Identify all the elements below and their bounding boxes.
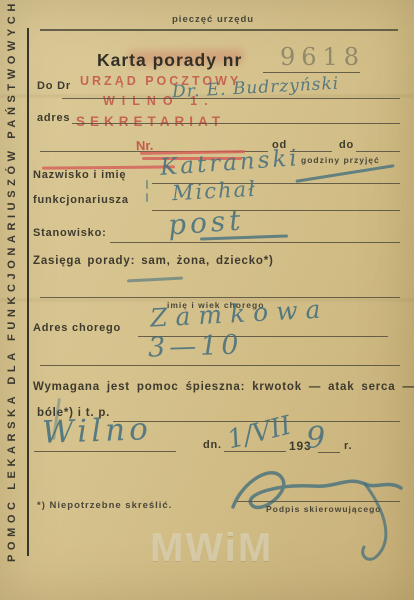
red-stamp-line-3: SEKRETARIAT [76, 114, 225, 129]
signature-rule [237, 501, 400, 502]
hw-year-digit: 9 [306, 421, 325, 456]
signature-caption: Podpis skierowującego [266, 504, 381, 514]
pen-strikethrough [295, 164, 394, 182]
brace-tick [146, 180, 148, 189]
hw-first-name: Michał [171, 177, 257, 205]
address-label: adres [37, 112, 70, 124]
address-rule [72, 123, 400, 124]
document-title: Karta porady nr [97, 50, 242, 71]
year-suffix: r. [344, 440, 352, 452]
date-prefix: dn. [203, 439, 222, 451]
brace-tick [146, 193, 148, 202]
urgency-line-1: Wymagana jest pomoc śpieszna: krwotok — … [33, 381, 414, 393]
card-number-stamp: 9618 [280, 43, 365, 71]
hw-patient-address-number: 3—10 [147, 329, 243, 363]
patient-address-label: Adres chorego [33, 322, 121, 334]
name-label-line2: funkcjonariusza [33, 194, 129, 206]
hours-to-rule [356, 151, 400, 152]
patient-top-rule [40, 297, 400, 298]
footnote: *) Niepotrzebne skreślić. [37, 500, 172, 511]
name-label-line1: Nazwisko i imię [33, 169, 126, 181]
number-underline-rule [263, 72, 360, 73]
hw-city: Wilno [41, 411, 152, 451]
patient-bottom-rule [40, 365, 400, 366]
scope-line: Zasięga porady: sam, żona, dziecko*) [33, 255, 274, 267]
side-caption-vertical: POMOC LEKARSKA DLA FUNKCJONARIUSZÓW PAŃS… [6, 17, 18, 562]
museum-watermark: MWiM [150, 526, 273, 571]
vertical-divider-rule [27, 28, 29, 556]
karta-porady-document: POMOC LEKARSKA DLA FUNKCJONARIUSZÓW PAŃS… [0, 0, 414, 600]
hours-note: godziny przyjęć [301, 155, 380, 165]
hw-day-month: 1/VII [224, 411, 294, 456]
hours-to-label: do [339, 139, 354, 151]
city-rule [34, 451, 176, 452]
stamp-area-label: pieczęć urzędu [172, 14, 254, 25]
pen-dash [127, 277, 183, 283]
position-label: Stanowisko: [33, 227, 107, 239]
header-rule [40, 29, 398, 31]
to-doctor-label: Do Dr [37, 80, 71, 92]
to-doctor-rule [62, 98, 400, 99]
position-rule [110, 242, 400, 243]
